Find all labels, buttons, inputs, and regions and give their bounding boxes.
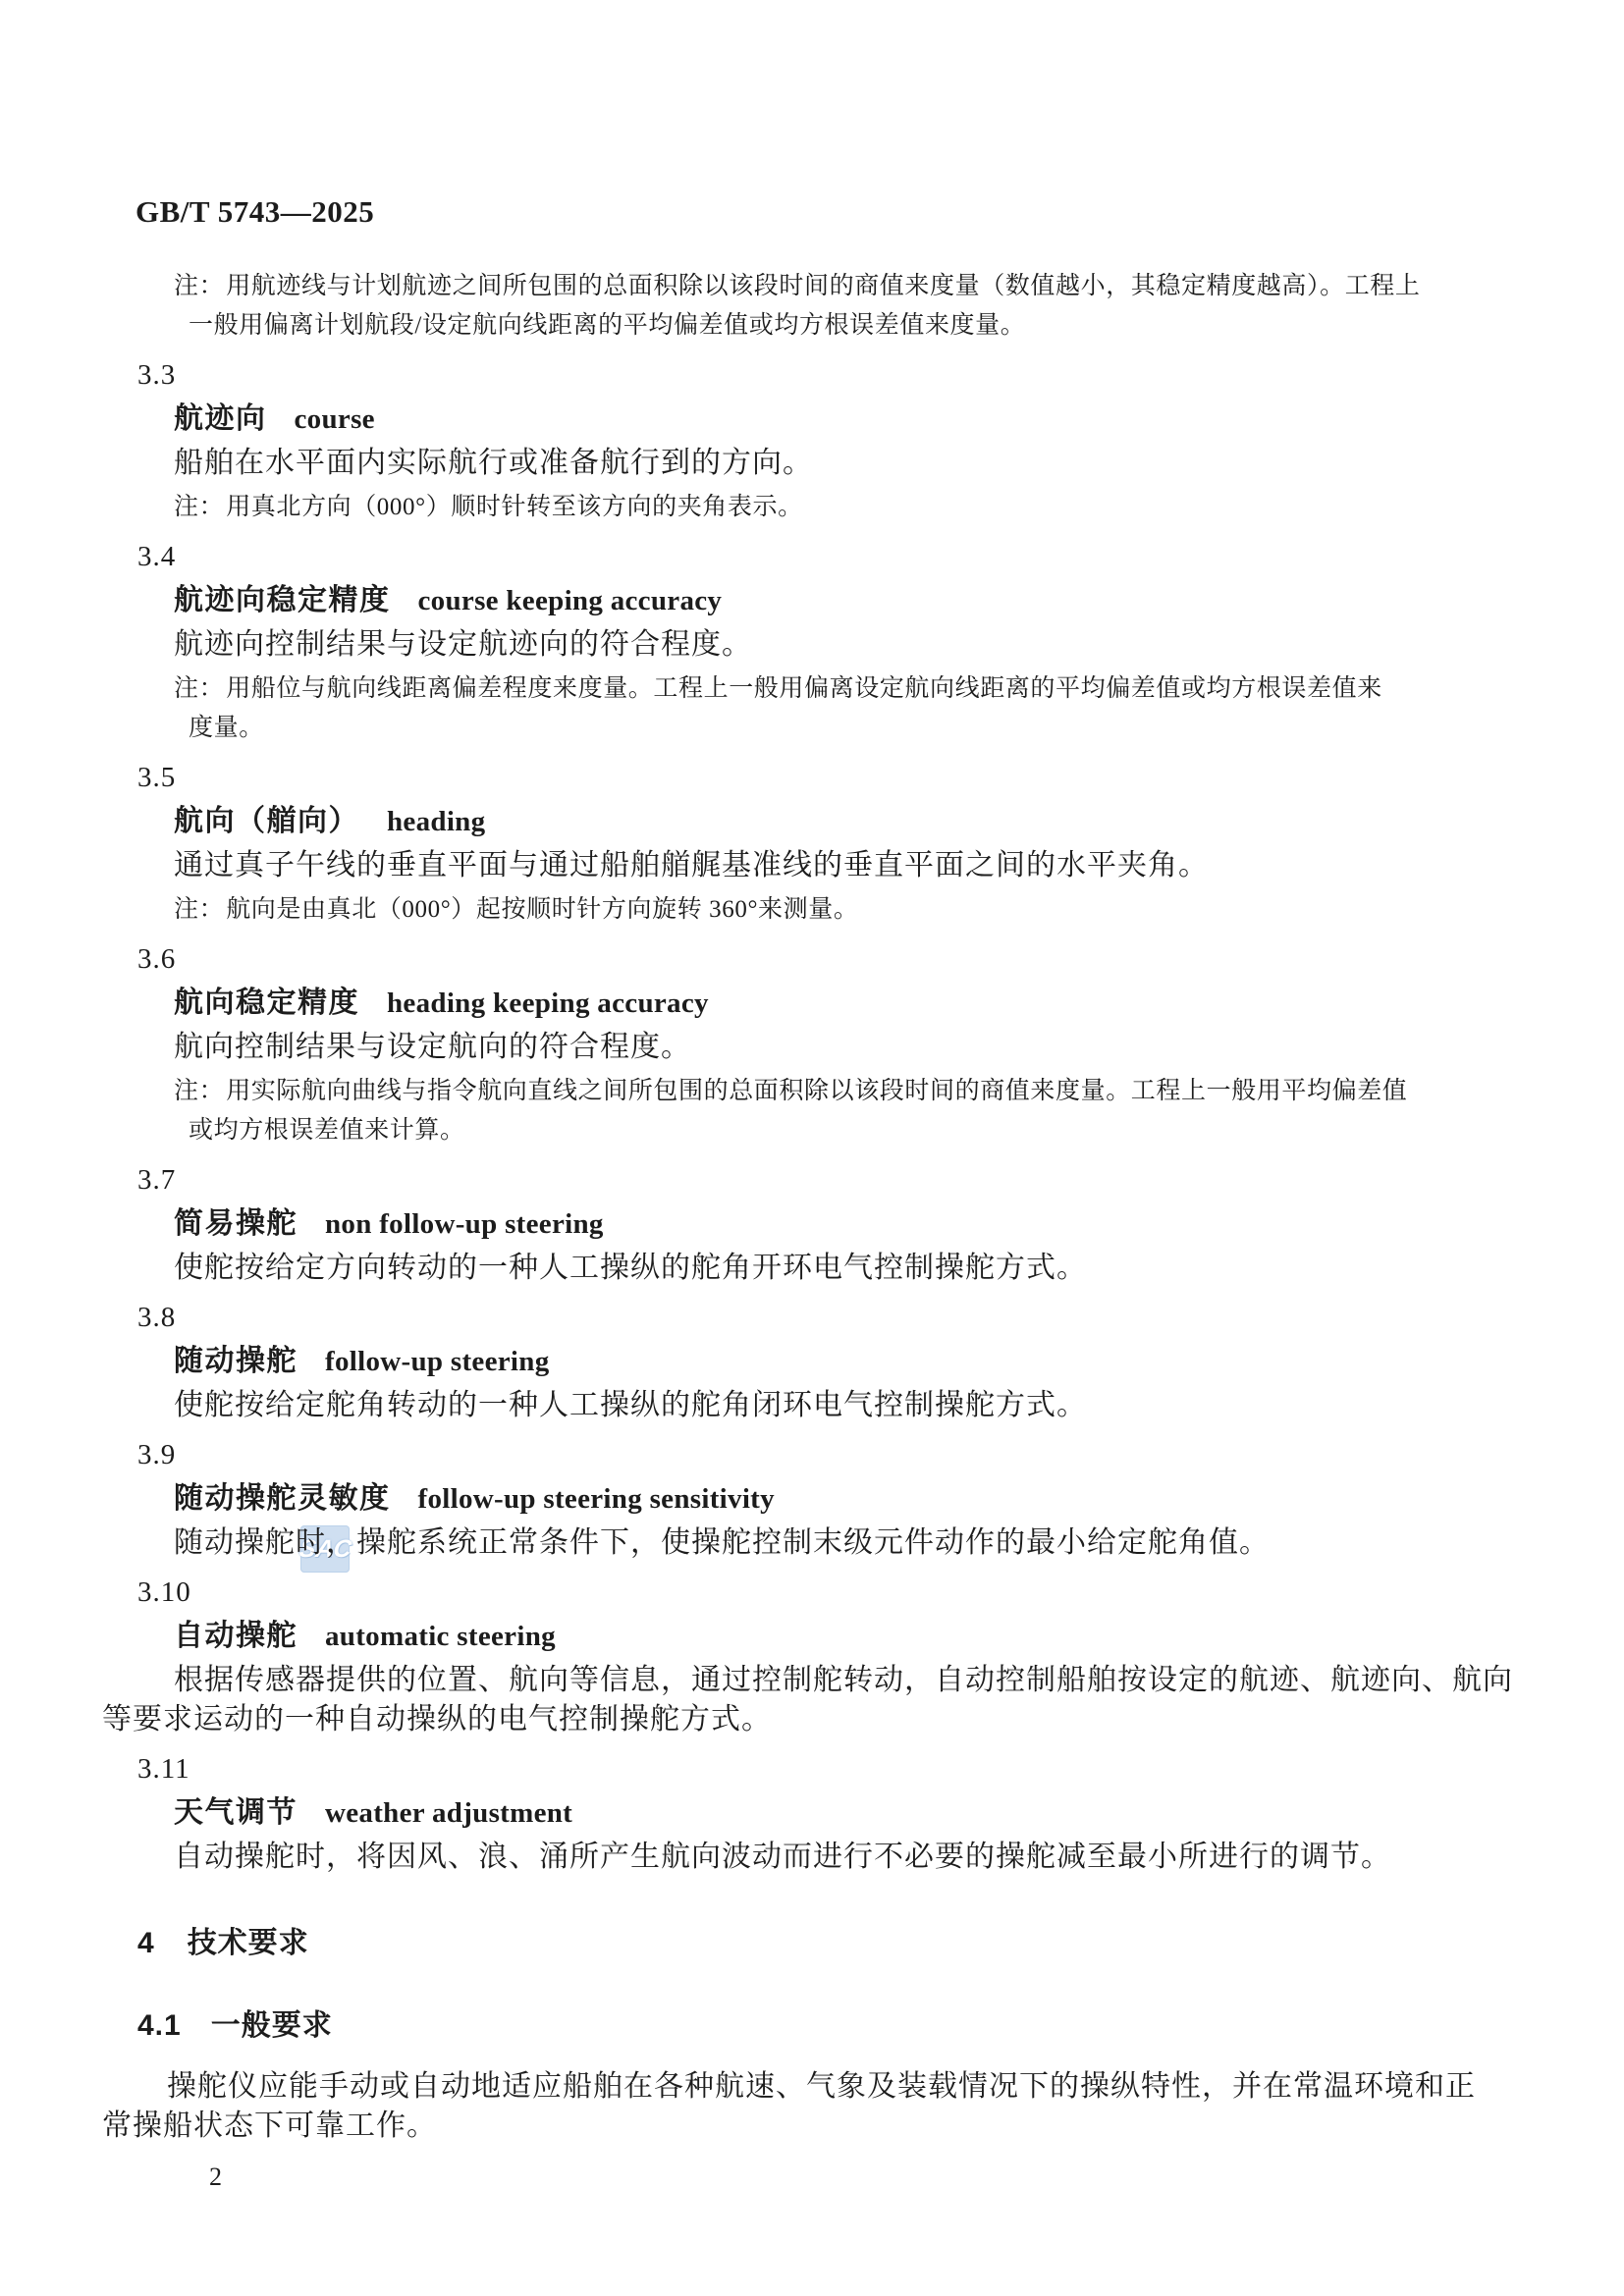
paragraph-line: 操舵仪应能手动或自动地适应船舶在各种航速、气象及装载情况下的操纵特性，并在常温环… [167,2067,1565,2107]
term-heading: 天气调节weather adjustment [174,1793,1565,1838]
term-en: non follow-up steering [325,1208,604,1240]
page-number: 2 [209,2158,1565,2197]
note-label: 注： [174,494,224,520]
clause-number: 4.1 [137,2009,182,2042]
intro-note: 注：用航迹线与计划航迹之间所包围的总面积除以该段时间的商值来度量（数值越小，其稳… [174,267,1565,346]
term-zh: 自动操舵 [174,1620,298,1652]
section-number: 3.10 [137,1573,1565,1612]
note-text: 用真北方向（000°）顺时针转至该方向的夹角表示。 [226,494,803,520]
section-number: 3.4 [137,537,1565,576]
term-en: course [295,403,375,435]
section-number: 3.9 [137,1435,1565,1474]
note-text: 用船位与航向线距离偏差程度来度量。工程上一般用偏离设定航向线距离的平均偏差值或均… [226,675,1382,702]
term-heading: 随动操舵follow-up steering [174,1342,1565,1386]
term-zh: 航迹向 [174,402,267,435]
note-line: 注：用航迹线与计划航迹之间所包围的总面积除以该段时间的商值来度量（数值越小，其稳… [174,267,1565,306]
page-content: GB/T 5743—2025 注：用航迹线与计划航迹之间所包围的总面积除以该段时… [0,0,1624,2197]
term-zh: 航向稳定精度 [174,987,359,1019]
term-en: heading [387,806,485,837]
definition-line: 随动操舵时，操舵系统正常条件下，使操舵控制末级元件动作的最小给定舵角值。 [174,1523,1565,1563]
definition-line: 航迹向控制结果与设定航迹向的符合程度。 [174,625,1565,665]
term-section-3-10: 3.10 自动操舵automatic steering 根据传感器提供的位置、航… [102,1573,1565,1739]
term-heading: 自动操舵automatic steering [174,1617,1565,1661]
term-note: 注：用实际航向曲线与指令航向直线之间所包围的总面积除以该段时间的商值来度量。工程… [174,1072,1565,1150]
note-line: 一般用偏离计划航段/设定航向线距离的平均偏差值或均方根误差值来度量。 [189,306,1565,346]
term-section-3-11: 3.11 天气调节weather adjustment 自动操舵时，将因风、浪、… [102,1749,1565,1877]
note-line: 注：用船位与航向线距离偏差程度来度量。工程上一般用偏离设定航向线距离的平均偏差值… [174,669,1565,709]
term-zh: 随动操舵灵敏度 [174,1482,391,1515]
clause-title: 一般要求 [211,2009,333,2042]
term-heading: 简易操舵non follow-up steering [174,1204,1565,1249]
term-en: follow-up steering [325,1346,550,1377]
note-text: 用实际航向曲线与指令航向直线之间所包围的总面积除以该段时间的商值来度量。工程上一… [226,1078,1407,1104]
paragraph-line: 常操船状态下可靠工作。 [102,2107,1565,2146]
note-label: 注： [174,675,224,702]
definition-line: 等要求运动的一种自动操纵的电气控制操舵方式。 [102,1700,1565,1739]
term-en: course keeping accuracy [418,585,723,616]
term-note: 注：航向是由真北（000°）起按顺时针方向旋转 360°来测量。 [174,890,1565,930]
term-note: 注：用船位与航向线距离偏差程度来度量。工程上一般用偏离设定航向线距离的平均偏差值… [174,669,1565,748]
term-heading: 随动操舵灵敏度follow-up steering sensitivity [174,1479,1565,1523]
definition-line: 船舶在水平面内实际航行或准备航行到的方向。 [174,444,1565,483]
clause-heading-4: 4技术要求 [137,1924,1565,1963]
note-label: 注： [174,273,224,299]
term-zh: 航迹向稳定精度 [174,584,391,616]
term-en: heading keeping accuracy [387,988,709,1019]
note-line: 注：用真北方向（000°）顺时针转至该方向的夹角表示。 [174,488,1565,527]
term-en: automatic steering [325,1621,556,1652]
note-line: 或均方根误差值来计算。 [189,1111,1565,1150]
term-heading: 航向（艏向）heading [174,802,1565,846]
term-en: follow-up steering sensitivity [418,1483,775,1515]
doc-number: GB/T 5743—2025 [135,192,1565,232]
document-page: SAC GB/T 5743—2025 注：用航迹线与计划航迹之间所包围的总面积除… [0,0,1624,2197]
definition-line: 使舵按给定舵角转动的一种人工操纵的舵角闭环电气控制操舵方式。 [174,1386,1565,1425]
definition-line: 航向控制结果与设定航向的符合程度。 [174,1028,1565,1067]
section-number: 3.7 [137,1160,1565,1200]
definition-line: 自动操舵时，将因风、浪、涌所产生航向波动而进行不必要的操舵减至最小所进行的调节。 [174,1838,1565,1877]
term-section-3-3: 3.3 航迹向course 船舶在水平面内实际航行或准备航行到的方向。 注：用真… [102,355,1565,527]
note-text: 航向是由真北（000°）起按顺时针方向旋转 360°来测量。 [226,896,858,923]
term-section-3-7: 3.7 简易操舵non follow-up steering 使舵按给定方向转动… [102,1160,1565,1288]
definition-line: 根据传感器提供的位置、航向等信息，通过控制舵转动，自动控制船舶按设定的航迹、航迹… [174,1661,1565,1700]
term-zh: 航向（艏向） [174,805,359,837]
term-heading: 航迹向course [174,400,1565,444]
note-line: 注：航向是由真北（000°）起按顺时针方向旋转 360°来测量。 [174,890,1565,930]
term-zh: 天气调节 [174,1796,298,1829]
term-zh: 随动操舵 [174,1345,298,1377]
section-number: 3.6 [137,939,1565,979]
term-section-3-5: 3.5 航向（艏向）heading 通过真子午线的垂直平面与通过船舶艏艉基准线的… [102,758,1565,930]
term-heading: 航迹向稳定精度course keeping accuracy [174,581,1565,625]
term-heading: 航向稳定精度heading keeping accuracy [174,984,1565,1028]
term-zh: 简易操舵 [174,1207,298,1240]
term-section-3-6: 3.6 航向稳定精度heading keeping accuracy 航向控制结… [102,939,1565,1150]
note-label: 注： [174,896,224,923]
term-section-3-8: 3.8 随动操舵follow-up steering 使舵按给定舵角转动的一种人… [102,1298,1565,1425]
definition-line: 通过真子午线的垂直平面与通过船舶艏艉基准线的垂直平面之间的水平夹角。 [174,846,1565,885]
definition-line: 使舵按给定方向转动的一种人工操纵的舵角开环电气控制操舵方式。 [174,1249,1565,1288]
section-number: 3.11 [137,1749,1565,1789]
body-paragraph: 操舵仪应能手动或自动地适应船舶在各种航速、气象及装载情况下的操纵特性，并在常温环… [102,2067,1565,2146]
term-en: weather adjustment [325,1797,572,1829]
section-number: 3.8 [137,1298,1565,1337]
note-label: 注： [174,1078,224,1104]
term-section-3-4: 3.4 航迹向稳定精度course keeping accuracy 航迹向控制… [102,537,1565,748]
note-line: 度量。 [189,709,1565,748]
note-line: 注：用实际航向曲线与指令航向直线之间所包围的总面积除以该段时间的商值来度量。工程… [174,1072,1565,1111]
note-text: 用航迹线与计划航迹之间所包围的总面积除以该段时间的商值来度量（数值越小，其稳定精… [226,273,1420,299]
section-number: 3.5 [137,758,1565,797]
section-number: 3.3 [137,355,1565,395]
clause-title: 技术要求 [188,1927,309,1959]
term-section-3-9: 3.9 随动操舵灵敏度follow-up steering sensitivit… [102,1435,1565,1563]
clause-number: 4 [137,1927,155,1959]
term-note: 注：用真北方向（000°）顺时针转至该方向的夹角表示。 [174,488,1565,527]
clause-heading-4-1: 4.1一般要求 [137,2006,1565,2046]
